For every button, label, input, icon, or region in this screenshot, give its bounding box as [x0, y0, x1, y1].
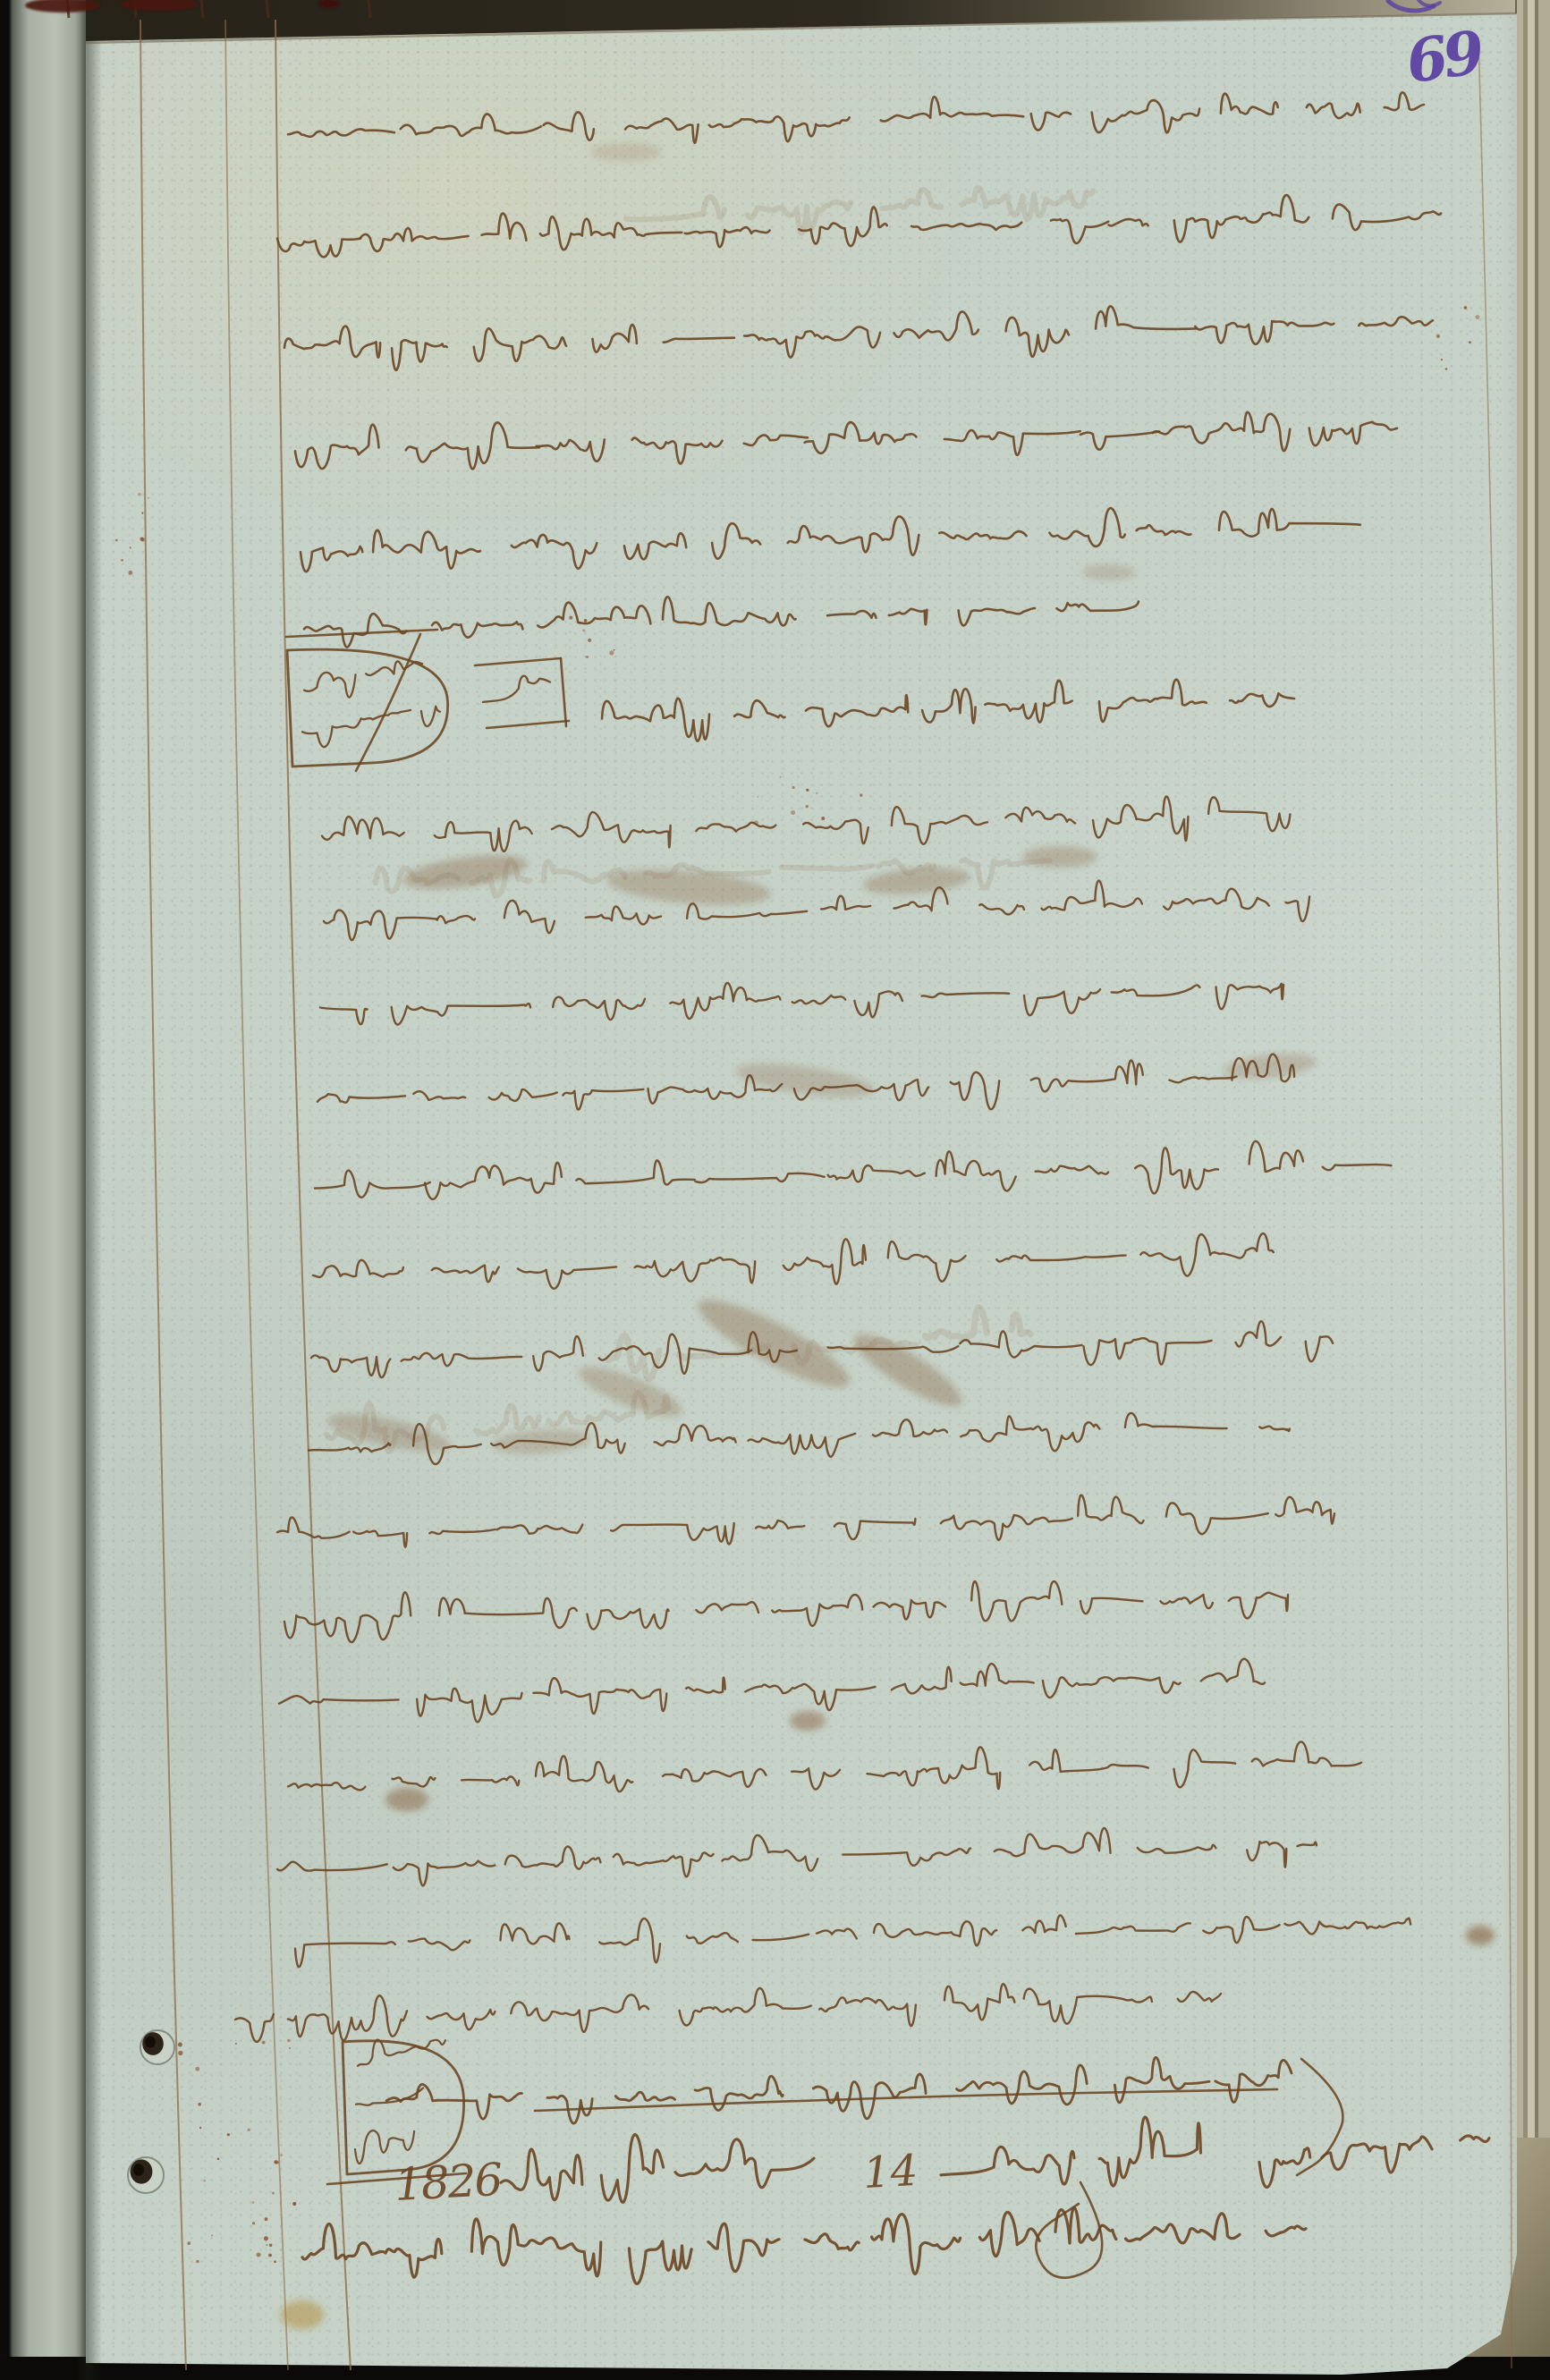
- handwriting-paragraph-1: [277, 92, 1441, 741]
- handwriting-paragraph-2: [235, 797, 1410, 2042]
- date-day: 14: [862, 2146, 919, 2198]
- rust-speckles: [115, 306, 1480, 2263]
- page-number-partial-mark: [1388, 0, 1440, 11]
- manuscript-scan: 69 1826 14: [0, 0, 1550, 2380]
- page-number: 69: [1402, 17, 1488, 97]
- date-year: 1826: [394, 2154, 504, 2211]
- ink-layer: 69 1826 14: [0, 0, 1550, 2380]
- binding-holes: [128, 2030, 174, 2193]
- ink-stains: [281, 143, 1495, 2329]
- top-edge-marks: [25, 0, 340, 13]
